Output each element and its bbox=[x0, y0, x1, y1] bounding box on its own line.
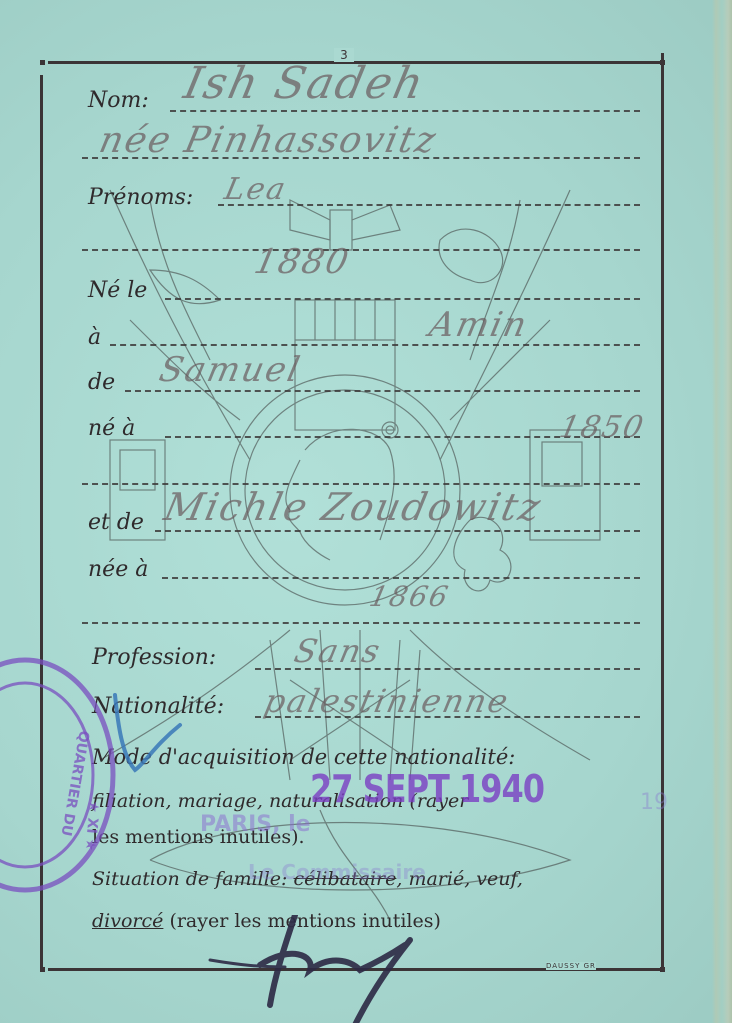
handwritten-ne-a[interactable]: 1850 bbox=[556, 410, 648, 445]
handwritten-ne-le[interactable]: 1880 bbox=[251, 242, 354, 282]
line-a bbox=[110, 344, 640, 346]
label-prenoms: Prénoms: bbox=[88, 185, 193, 210]
handwritten-nom[interactable]: Ish Sadeh bbox=[180, 58, 430, 109]
printer-mark: DAUSSY GR bbox=[546, 962, 596, 970]
svg-text:★ XI ★: ★ XI ★ bbox=[82, 800, 102, 852]
stamp-year-fragment: 19 bbox=[640, 790, 668, 815]
handwritten-nom-line2[interactable]: née Pinhassovitz bbox=[96, 120, 441, 161]
line-ne-le bbox=[165, 298, 640, 300]
label-a: à bbox=[88, 325, 101, 350]
stamp-paris: PARIS, le bbox=[200, 812, 311, 837]
line-et-de bbox=[155, 530, 640, 532]
label-et-de: et de bbox=[88, 510, 144, 535]
frame-corner bbox=[40, 967, 45, 972]
marianne-emblem-icon bbox=[90, 160, 650, 940]
label-ne-le: Né le bbox=[88, 278, 147, 303]
frame-right-border bbox=[661, 53, 664, 968]
handwritten-a[interactable]: Amin bbox=[426, 305, 532, 345]
line-de bbox=[125, 390, 640, 392]
handwritten-et-de[interactable]: Michle Zoudowitz bbox=[160, 485, 546, 529]
frame-corner bbox=[660, 967, 665, 972]
label-nom: Nom: bbox=[88, 88, 149, 113]
line-nee-a bbox=[162, 577, 640, 579]
handwritten-nee-a[interactable]: 1866 bbox=[366, 580, 452, 613]
label-nee-a: née à bbox=[88, 557, 148, 582]
signature-icon bbox=[160, 915, 460, 1023]
handwritten-nationalite[interactable]: palestinienne bbox=[261, 682, 513, 720]
label-de: de bbox=[88, 370, 115, 395]
handwritten-de[interactable]: Samuel bbox=[156, 350, 305, 390]
label-ne-a: né à bbox=[88, 416, 135, 441]
line-nee-a-2 bbox=[82, 622, 640, 624]
handwritten-profession[interactable]: Sans bbox=[291, 632, 385, 670]
blue-checkmark-icon bbox=[100, 685, 190, 785]
stamp-date: 27 SEPT 1940 bbox=[310, 766, 544, 812]
stamp-commissaire: Le Commissaire bbox=[248, 860, 426, 884]
line-prenoms-2 bbox=[82, 249, 640, 251]
line-nom bbox=[170, 110, 640, 112]
handwritten-prenoms[interactable]: Lea bbox=[221, 172, 290, 207]
frame-corner bbox=[40, 60, 45, 65]
situation-divorce: divorcé bbox=[92, 910, 163, 932]
